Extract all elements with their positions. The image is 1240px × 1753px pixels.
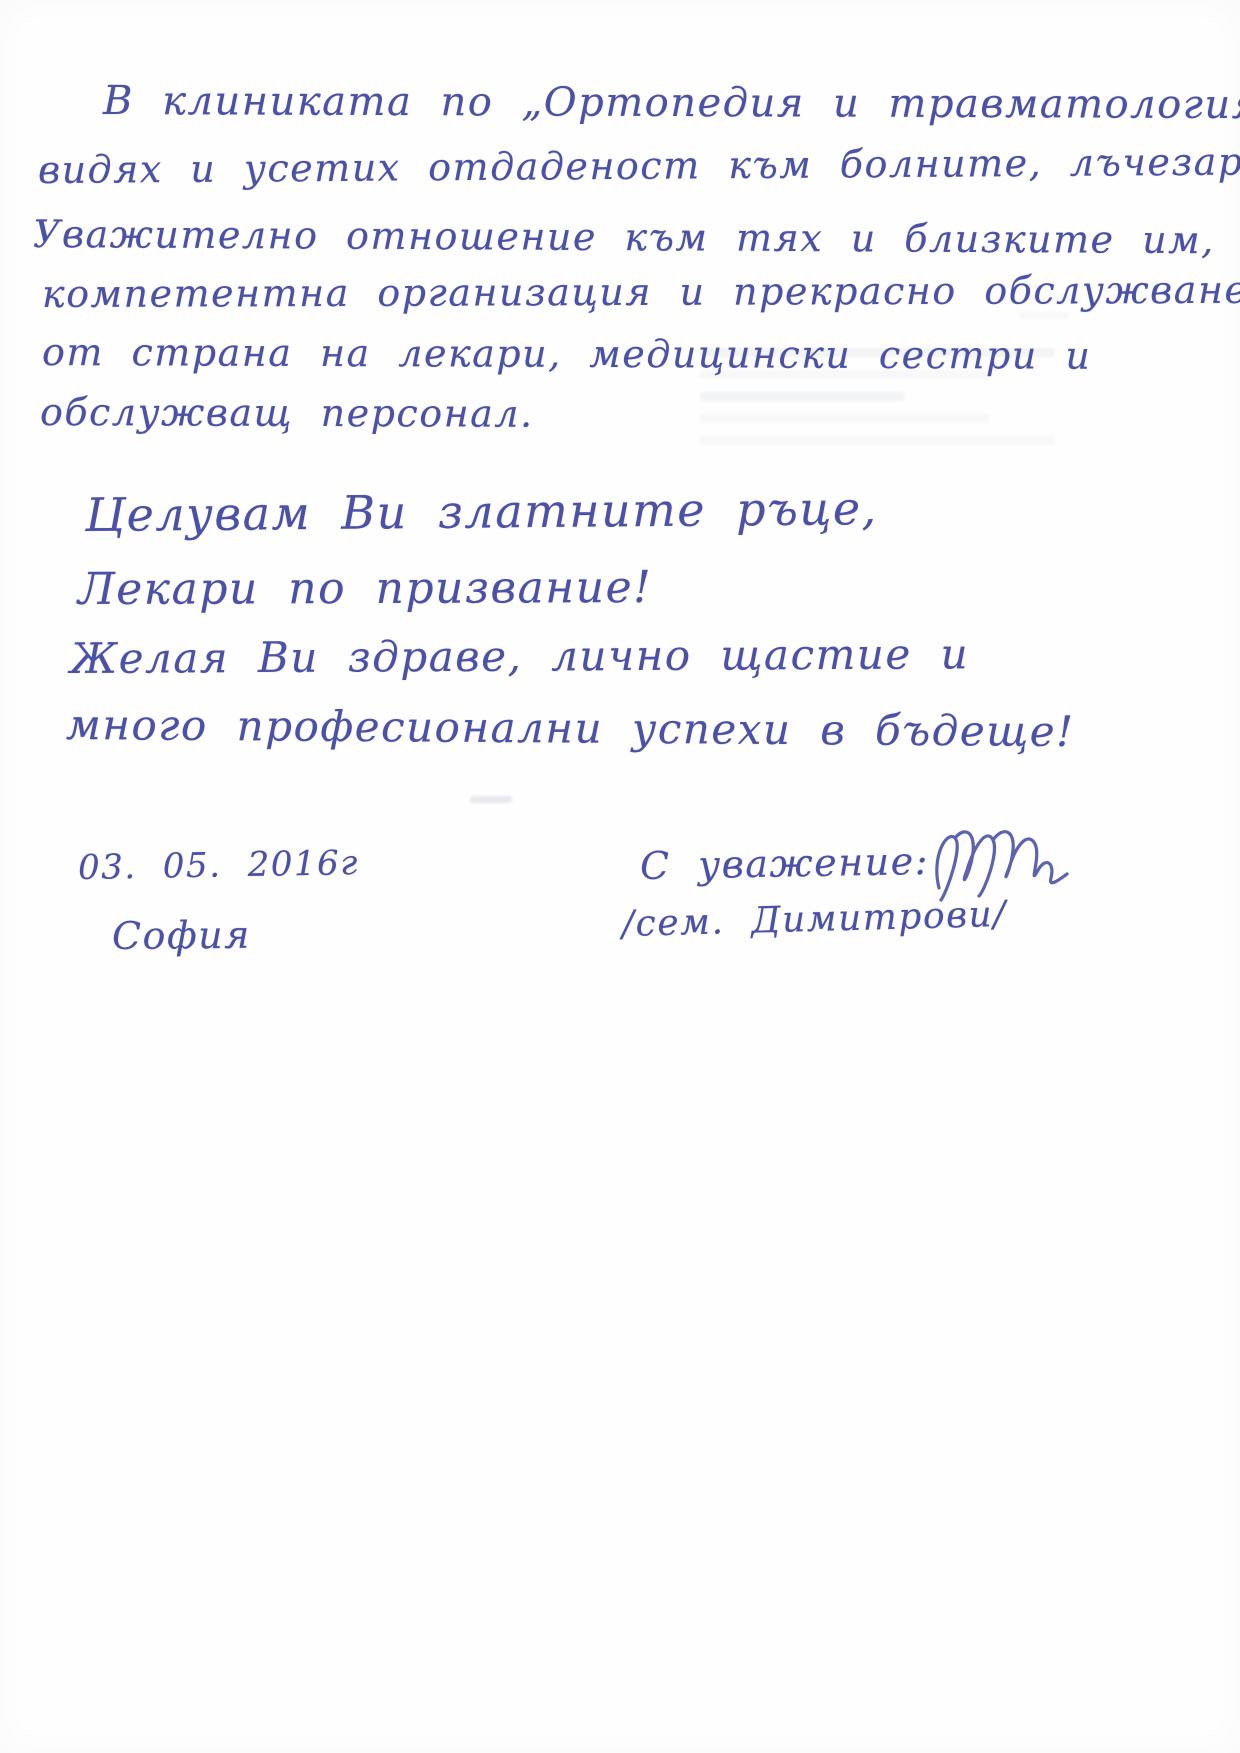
note-line-2: видях и усетих отдаденост към болните, л… xyxy=(38,139,1240,192)
date-text: 03. 05. 2016г xyxy=(78,843,360,888)
note-line-6: обслужващ персонал. xyxy=(40,390,534,436)
note-line-9: Желая Ви здраве, лично щастие и xyxy=(70,629,969,683)
note-line-5: от страна на лекари, медицински сестри и xyxy=(42,330,1091,378)
note-line-10: много професионални успехи в бъдеще! xyxy=(66,700,1075,756)
city-text: София xyxy=(112,913,251,958)
scan-smudge xyxy=(470,796,512,803)
scanned-page: В клиниката по „Ортопедия и травматологи… xyxy=(0,0,1240,1753)
note-line-8: Лекари по призвание! xyxy=(78,562,652,615)
note-line-7: Целувам Ви златните ръце, xyxy=(85,481,878,542)
note-line-1: В клиниката по „Ортопедия и травматологи… xyxy=(103,78,1240,128)
closing-text: С уважение: xyxy=(640,839,930,888)
note-line-4: компетентна организация и прекрасно обсл… xyxy=(42,268,1240,316)
note-line-3: Уважително отношение към тях и близките … xyxy=(33,212,1215,262)
signed-by-text: /сем. Димитрови/ xyxy=(621,894,1007,945)
